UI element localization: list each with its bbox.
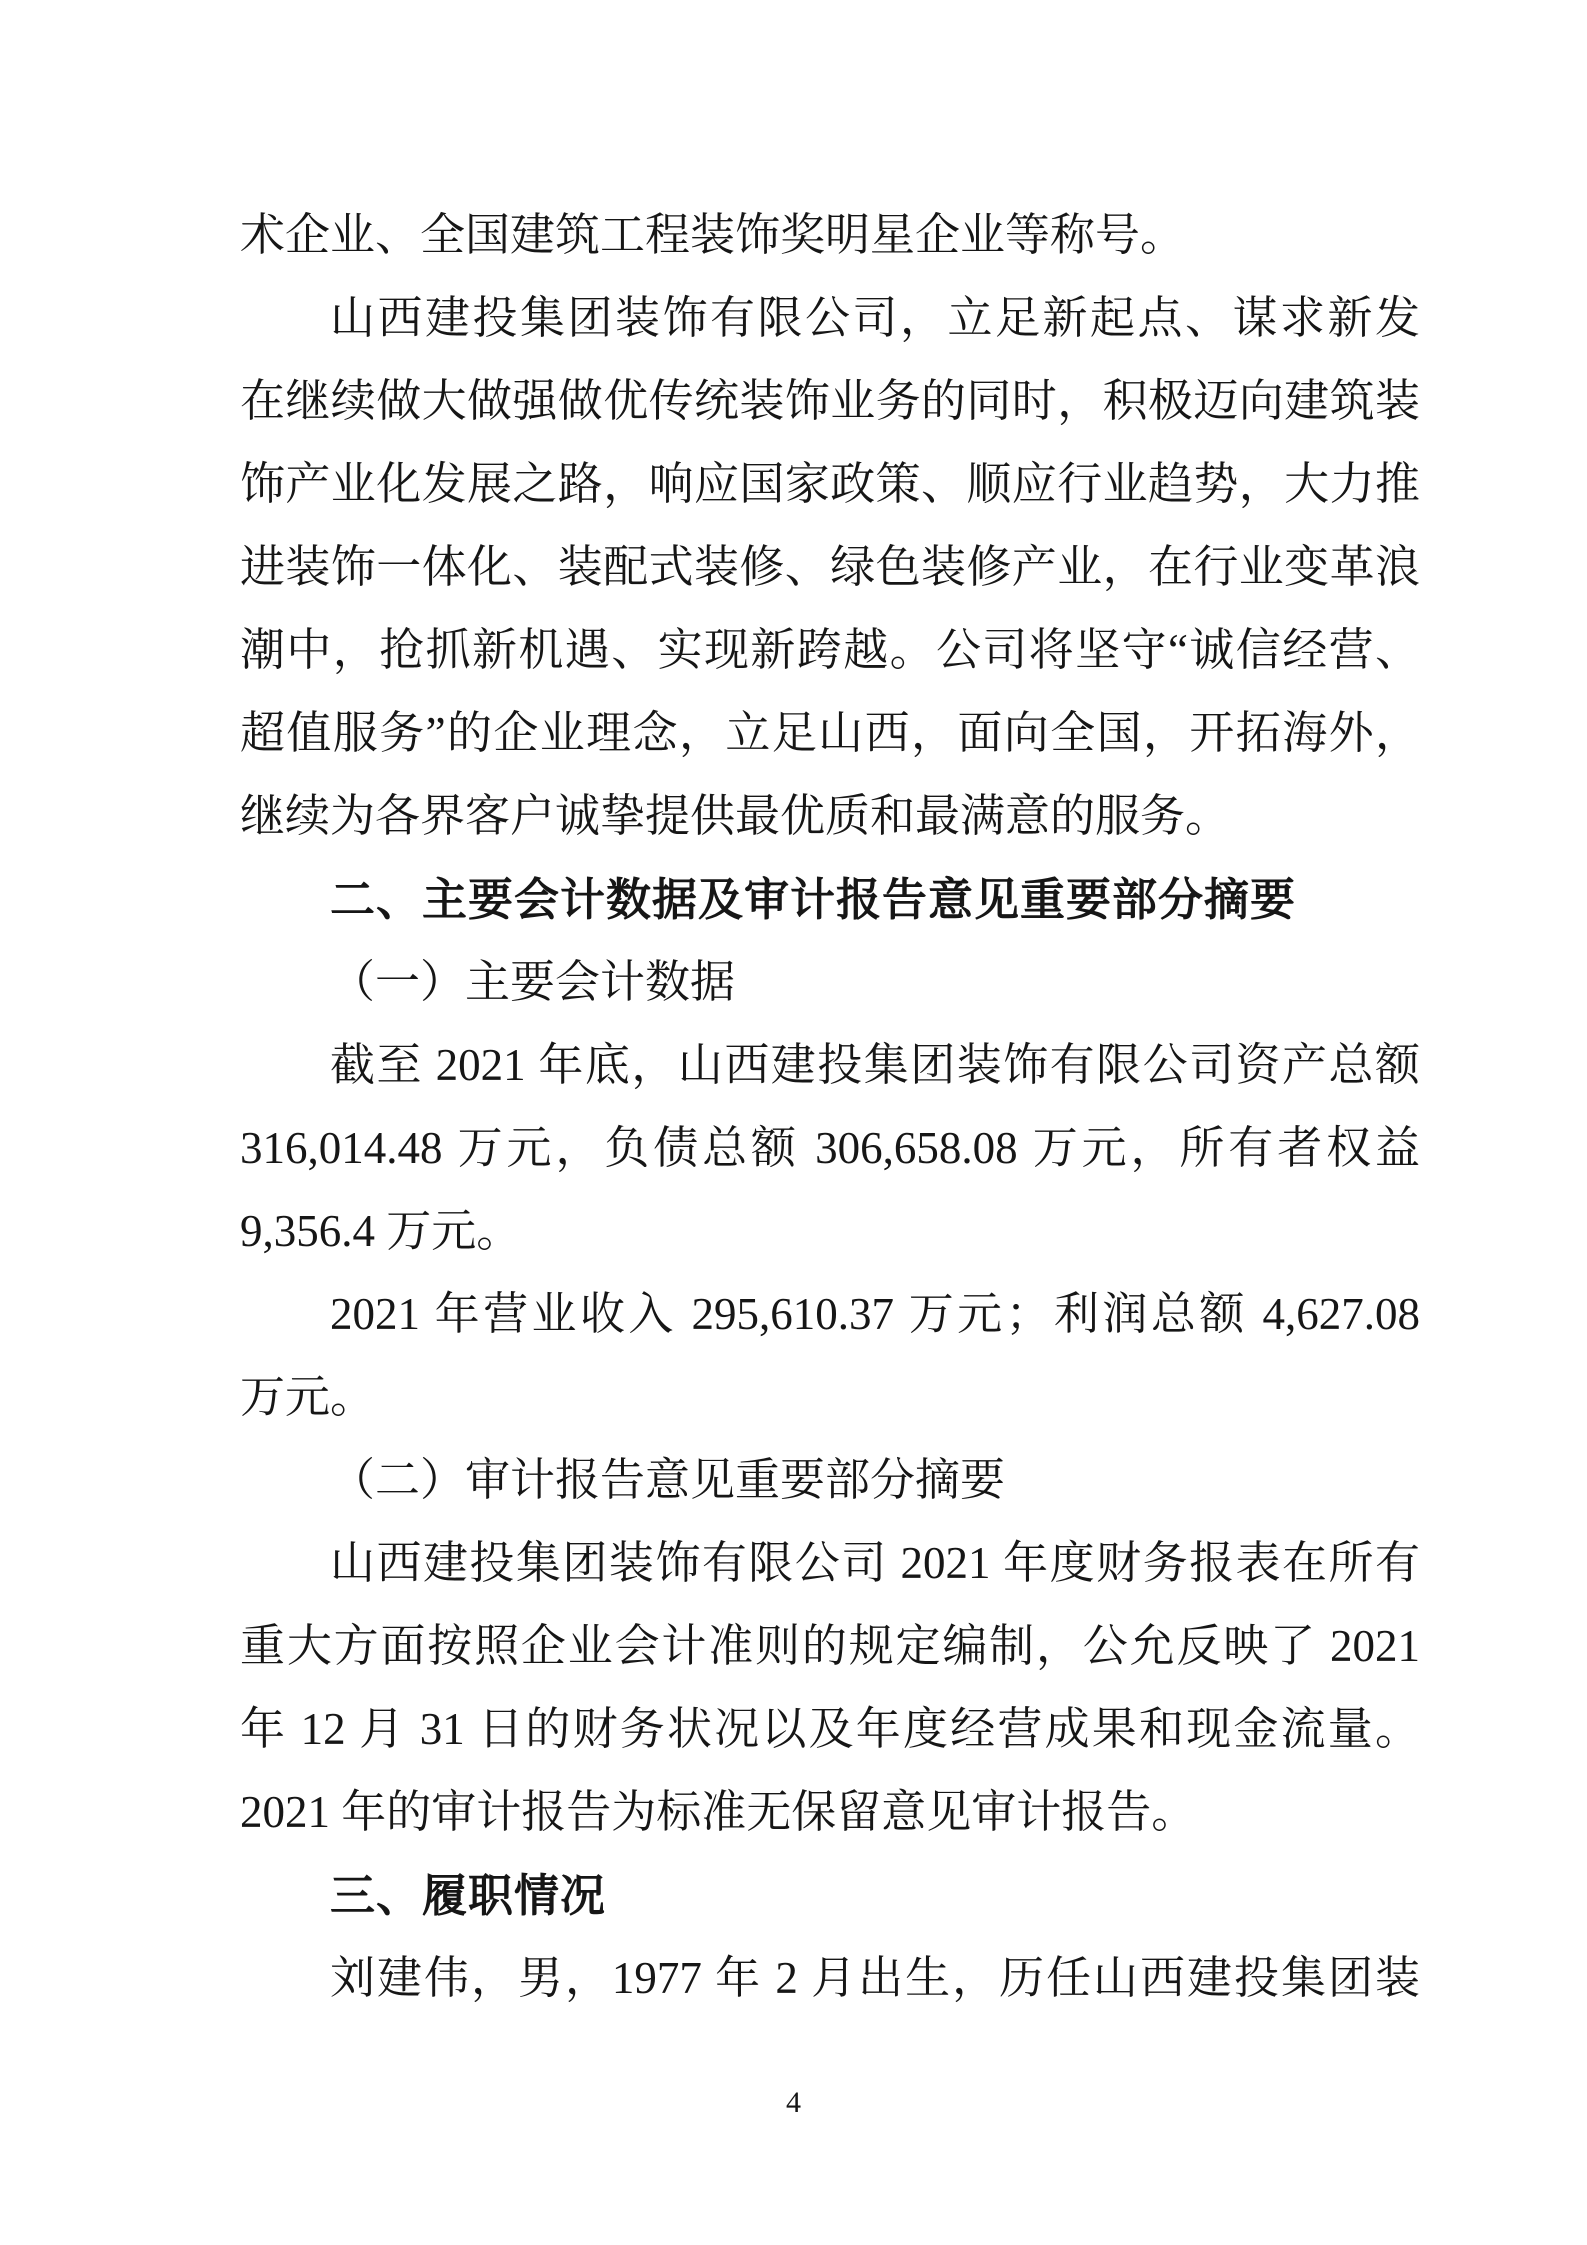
text-line: 2021 年营业收入 295,610.37 万元；利润总额 4,627.08 <box>240 1273 1420 1356</box>
text-line: 万元。 <box>240 1356 1420 1439</box>
section-2-heading: 二、主要会计数据及审计报告意见重要部分摘要 <box>240 858 1420 941</box>
page-footer: 4 <box>0 2082 1587 2124</box>
text-line: 超值服务”的企业理念，立足山西，面向全国，开拓海外， <box>240 692 1420 775</box>
text-line: 术企业、全国建筑工程装饰奖明星企业等称号。 <box>240 194 1420 277</box>
text-line: 山西建投集团装饰有限公司 2021 年度财务报表在所有 <box>240 1522 1420 1605</box>
document-page: 术企业、全国建筑工程装饰奖明星企业等称号。 山西建投集团装饰有限公司，立足新起点… <box>0 0 1587 2245</box>
text-line: 重大方面按照企业会计准则的规定编制，公允反映了 2021 <box>240 1605 1420 1688</box>
text-line: 截至 2021 年底，山西建投集团装饰有限公司资产总额 <box>240 1024 1420 1107</box>
section-3-heading: 三、履职情况 <box>240 1854 1420 1937</box>
subsection-2-title: （二）审计报告意见重要部分摘要 <box>240 1439 1420 1522</box>
text-line: 继续为各界客户诚挚提供最优质和最满意的服务。 <box>240 775 1420 858</box>
text-line: 316,014.48 万元，负债总额 306,658.08 万元，所有者权益 <box>240 1107 1420 1190</box>
text-line: 在继续做大做强做优传统装饰业务的同时，积极迈向建筑装 <box>240 360 1420 443</box>
text-line: 进装饰一体化、装配式装修、绿色装修产业，在行业变革浪 <box>240 526 1420 609</box>
text-line: 2021 年的审计报告为标准无保留意见审计报告。 <box>240 1771 1420 1854</box>
text-line: 潮中，抢抓新机遇、实现新跨越。公司将坚守“诚信经营、 <box>240 609 1420 692</box>
text-line: 刘建伟，男，1977 年 2 月出生，历任山西建投集团装饰 <box>240 1937 1420 2020</box>
text-line: 山西建投集团装饰有限公司，立足新起点、谋求新发展， <box>240 277 1420 360</box>
text-line: 年 12 月 31 日的财务状况以及年度经营成果和现金流量。 <box>240 1688 1420 1771</box>
text-line: 饰产业化发展之路，响应国家政策、顺应行业趋势，大力推 <box>240 443 1420 526</box>
subsection-1-title: （一）主要会计数据 <box>240 941 1420 1024</box>
text-line: 9,356.4 万元。 <box>240 1190 1420 1273</box>
document-body: 术企业、全国建筑工程装饰奖明星企业等称号。 山西建投集团装饰有限公司，立足新起点… <box>240 194 1420 2020</box>
page-number: 4 <box>786 2086 801 2119</box>
